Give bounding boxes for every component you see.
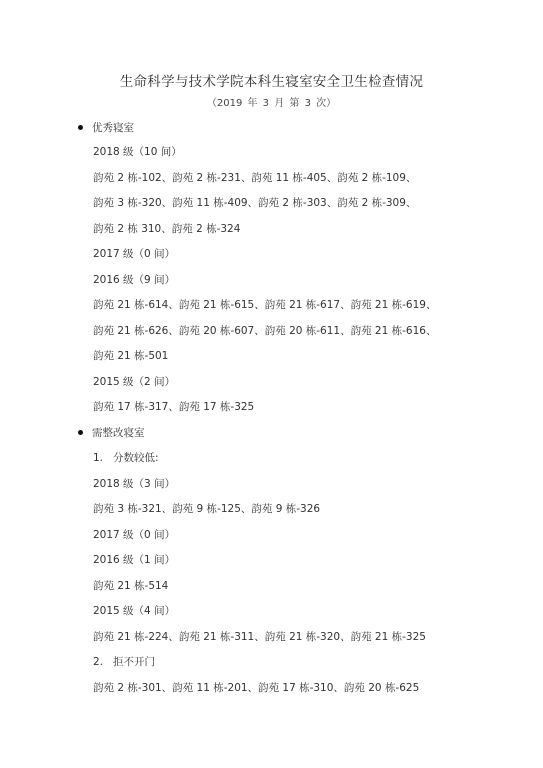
section-heading-label: 优秀寝室 xyxy=(92,120,134,135)
grade-label: 2015 级（2 间） xyxy=(93,374,175,389)
room-list: 韵苑 17 栋-317、韵苑 17 栋-325 xyxy=(93,399,254,414)
room-list: 韵苑 21 栋-614、韵苑 21 栋-615、韵苑 21 栋-617、韵苑 2… xyxy=(93,297,436,312)
document-title: 生命科学与技术学院本科生寝室安全卫生检查情况 xyxy=(0,70,543,90)
subsection-heading: 2. 拒不开门 xyxy=(93,654,155,669)
room-list: 韵苑 21 栋-514 xyxy=(93,578,168,593)
bullet-icon xyxy=(78,125,83,130)
grade-label: 2017 级（0 间） xyxy=(93,246,175,261)
room-list: 韵苑 21 栋-224、韵苑 21 栋-311、韵苑 21 栋-320、韵苑 2… xyxy=(93,629,426,644)
bullet-icon xyxy=(78,430,83,435)
grade-label: 2016 级（1 间） xyxy=(93,552,175,567)
room-list: 韵苑 3 栋-320、韵苑 11 栋-409、韵苑 2 栋-303、韵苑 2 栋… xyxy=(93,195,416,210)
room-list: 韵苑 21 栋-501 xyxy=(93,348,168,363)
grade-label: 2015 级（4 间） xyxy=(93,603,175,618)
subsection-heading: 1. 分数较低: xyxy=(93,450,159,465)
grade-label: 2018 级（3 间） xyxy=(93,476,175,491)
section-heading-needs-improvement: 需整改寝室 xyxy=(78,425,145,440)
grade-label: 2018 级（10 间） xyxy=(93,144,182,159)
room-list: 韵苑 2 栋 310、韵苑 2 栋-324 xyxy=(93,221,240,236)
room-list: 韵苑 2 栋-102、韵苑 2 栋-231、韵苑 11 栋-405、韵苑 2 栋… xyxy=(93,170,416,185)
section-heading-excellent: 优秀寝室 xyxy=(78,120,134,135)
grade-label: 2016 级（9 间） xyxy=(93,272,175,287)
room-list: 韵苑 3 栋-321、韵苑 9 栋-125、韵苑 9 栋-326 xyxy=(93,501,320,516)
room-list: 韵苑 21 栋-626、韵苑 20 栋-607、韵苑 20 栋-611、韵苑 2… xyxy=(93,323,436,338)
document-subtitle: （2019 年 3 月 第 3 次） xyxy=(0,94,543,109)
room-list: 韵苑 2 栋-301、韵苑 11 栋-201、韵苑 17 栋-310、韵苑 20… xyxy=(93,680,419,695)
section-heading-label: 需整改寝室 xyxy=(92,425,145,440)
grade-label: 2017 级（0 间） xyxy=(93,527,175,542)
